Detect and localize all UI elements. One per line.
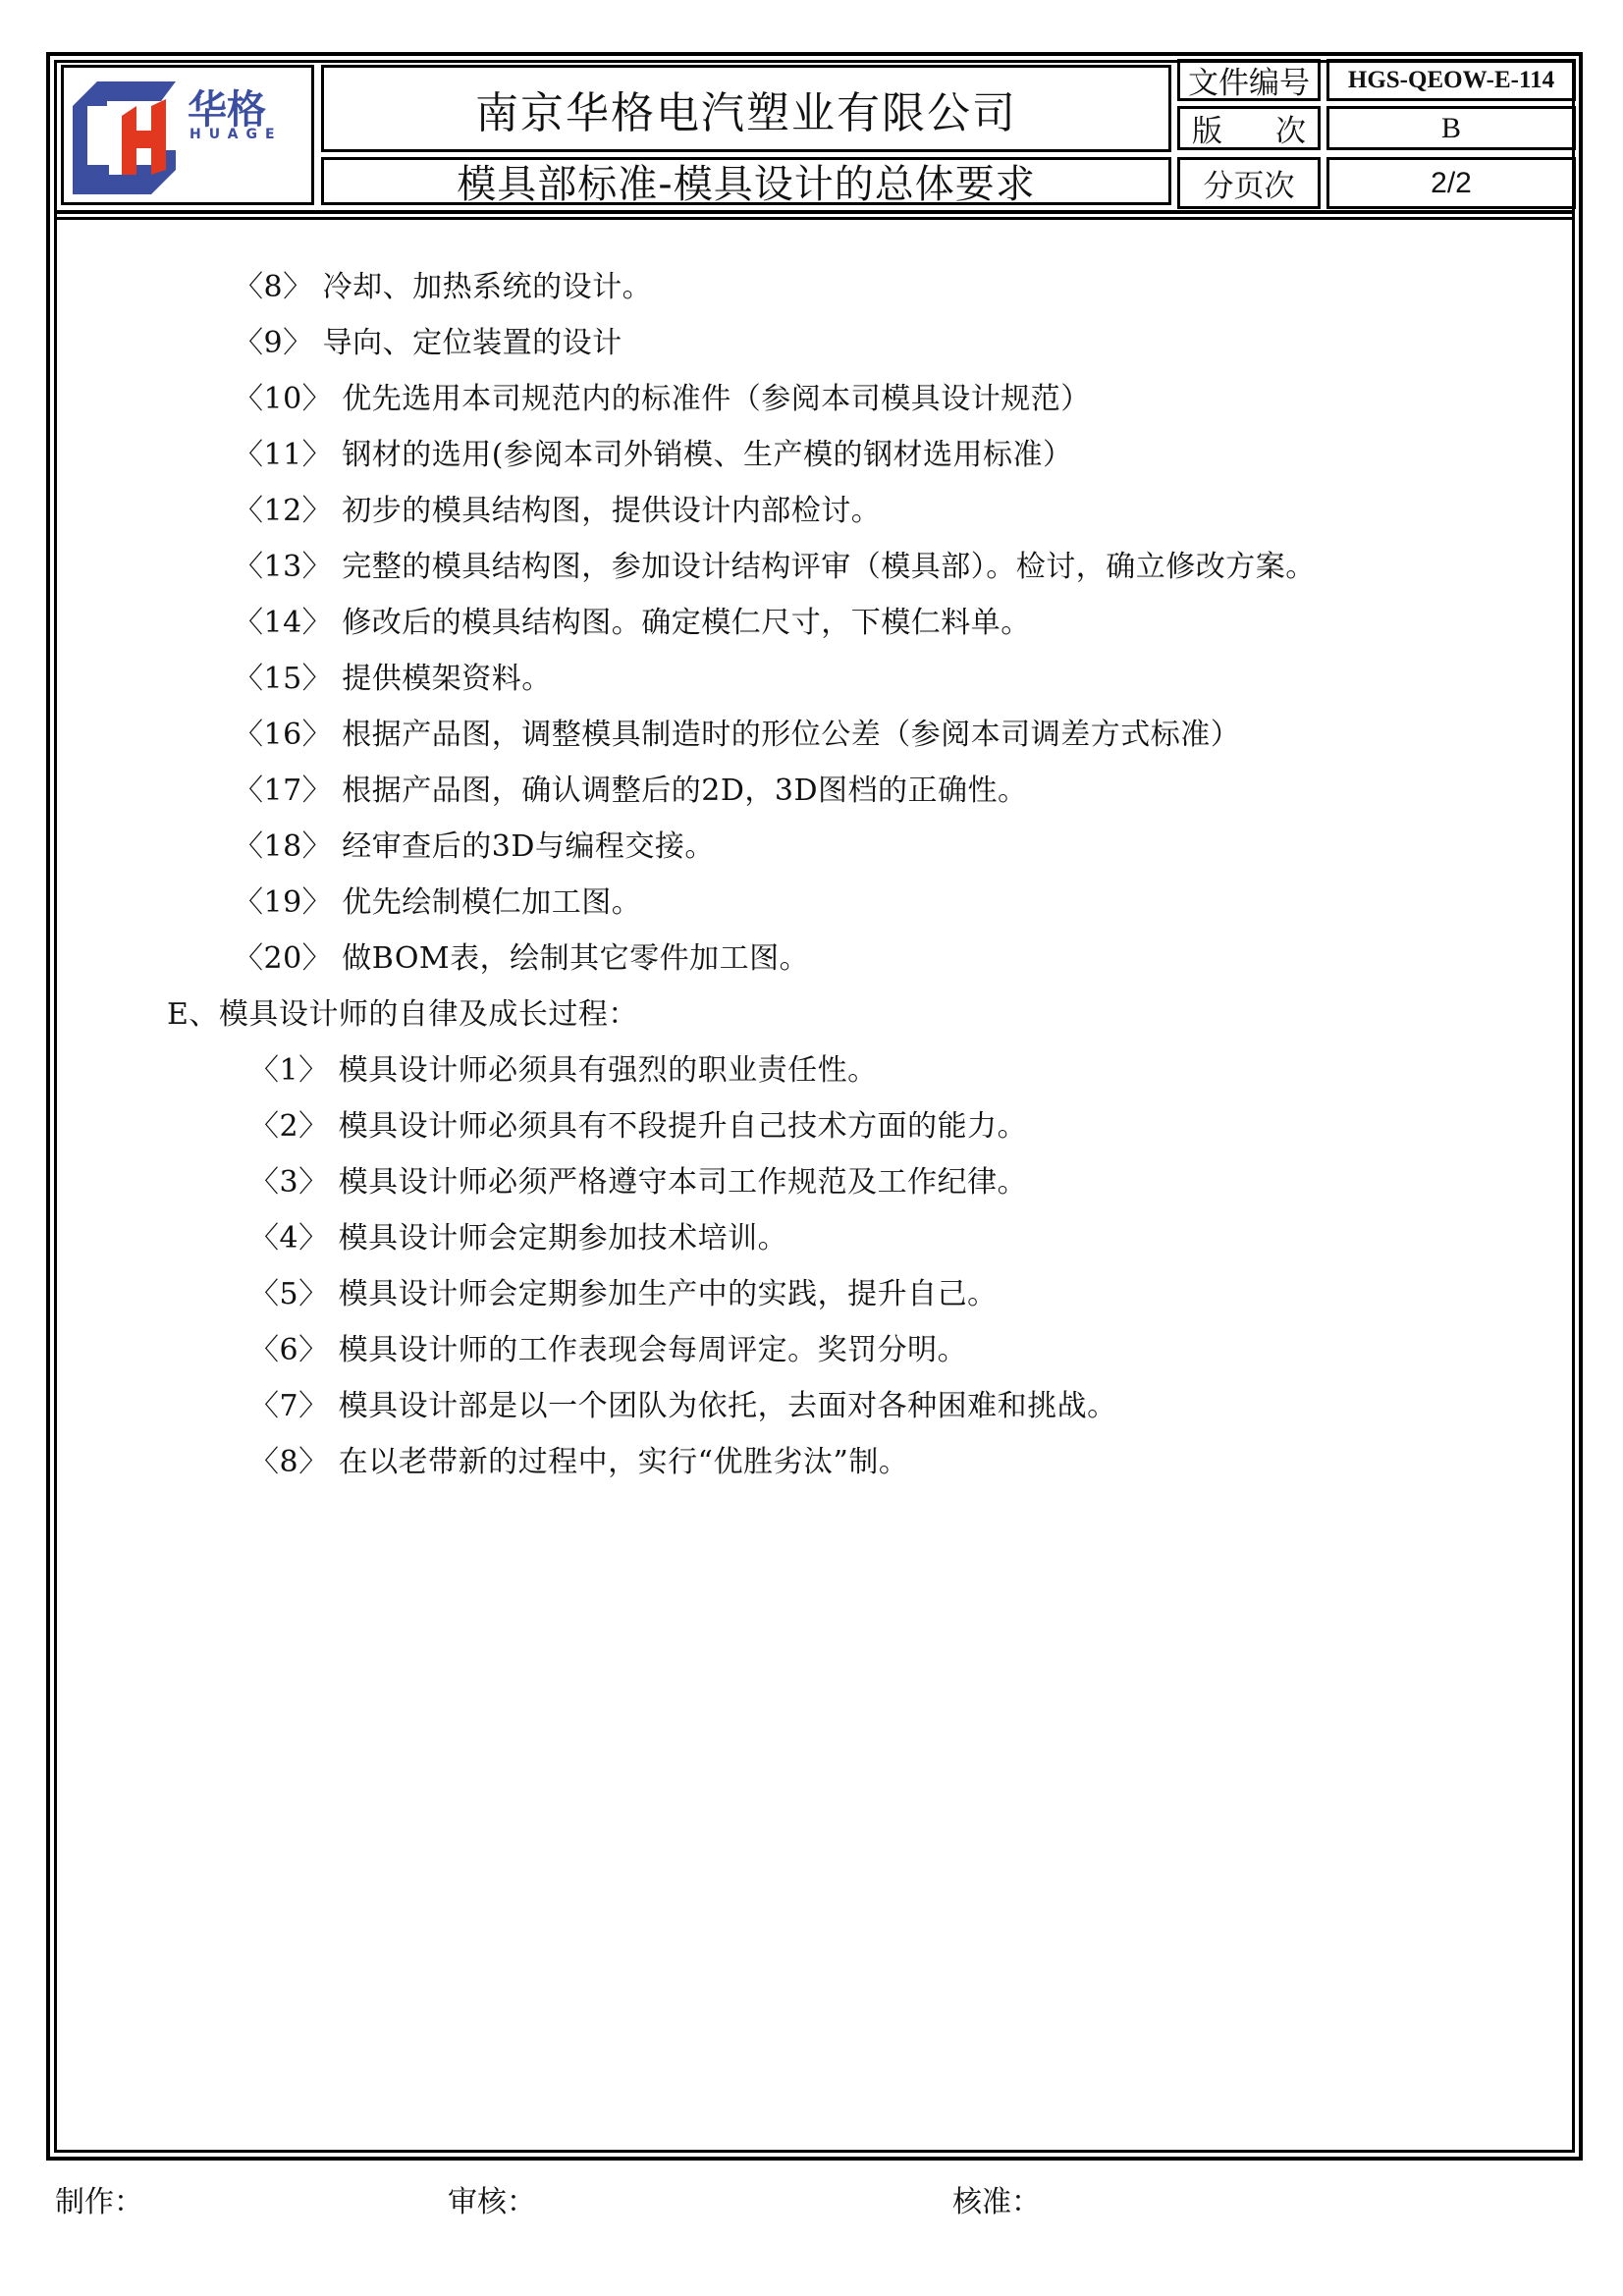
list-item: 〈12〉 初步的模具结构图，提供设计内部检讨。	[234, 492, 881, 531]
list-item: 〈17〉 根据产品图，确认调整后的2D，3D图档的正确性。	[234, 772, 1028, 811]
list-item: 〈19〉 优先绘制模仁加工图。	[234, 883, 641, 923]
list-item: 〈10〉 优先选用本司规范内的标准件（参阅本司模具设计规范）	[234, 380, 1091, 419]
made-by-label: 制作：	[55, 2177, 143, 2220]
doc-number-value-cell: HGS-QEOW-E-114	[1326, 59, 1576, 101]
document-inner-border	[54, 60, 1575, 2153]
list-item: 〈6〉 模具设计师的工作表现会每周评定。奖罚分明。	[249, 1331, 967, 1370]
section-e-heading: E、模具设计师的自律及成长过程：	[167, 995, 638, 1035]
approved-by-label: 核准：	[952, 2177, 1041, 2220]
svg-text:HUAGE: HUAGE	[189, 127, 283, 142]
version-value: B	[1441, 112, 1461, 145]
huage-logo-icon: 华格 HUAGE	[68, 72, 303, 199]
header-divider	[54, 210, 1575, 214]
list-item: 〈4〉 模具设计师会定期参加技术培训。	[249, 1219, 787, 1258]
doc-number-label: 文件编号	[1188, 58, 1310, 102]
list-item: 〈7〉 模具设计部是以一个团队为依托，去面对各种困难和挑战。	[249, 1387, 1117, 1426]
header-divider-inner	[54, 217, 1575, 220]
version-label-cell: 版 次	[1177, 106, 1321, 150]
list-item: 〈16〉 根据产品图，调整模具制造时的形位公差（参阅本司调差方式标准）	[234, 716, 1240, 755]
list-item: 〈5〉 模具设计师会定期参加生产中的实践，提升自己。	[249, 1275, 998, 1314]
document-title: 模具部标准-模具设计的总体要求	[457, 153, 1035, 209]
company-name: 南京华格电汽塑业有限公司	[475, 78, 1017, 140]
page-label-cell: 分页次	[1177, 157, 1321, 209]
list-item: 〈3〉 模具设计师必须严格遵守本司工作规范及工作纪律。	[249, 1163, 1027, 1202]
list-item: 〈8〉 冷却、加热系统的设计。	[234, 268, 652, 307]
page-value-cell: 2/2	[1326, 157, 1576, 209]
version-label-part2: 次	[1275, 106, 1306, 150]
version-value-cell: B	[1326, 106, 1576, 150]
list-item: 〈1〉 模具设计师必须具有强烈的职业责任性。	[249, 1051, 878, 1091]
list-item: 〈11〉 钢材的选用(参阅本司外销模、生产模的钢材选用标准）	[234, 436, 1072, 475]
reviewed-by-label: 审核：	[448, 2177, 536, 2220]
version-label-part1: 版	[1192, 106, 1222, 150]
list-item: 〈2〉 模具设计师必须具有不段提升自己技术方面的能力。	[249, 1107, 1027, 1147]
list-item: 〈9〉 导向、定位装置的设计	[234, 324, 622, 363]
list-item: 〈13〉 完整的模具结构图，参加设计结构评审（模具部）。检讨，确立修改方案。	[234, 548, 1316, 587]
page-value: 2/2	[1431, 167, 1472, 200]
list-item: 〈8〉 在以老带新的过程中，实行“优胜劣汰”制。	[249, 1443, 908, 1482]
list-item: 〈20〉 做BOM表，绘制其它零件加工图。	[234, 939, 809, 979]
company-name-cell: 南京华格电汽塑业有限公司	[321, 65, 1171, 152]
logo-cell: 华格 HUAGE	[61, 65, 314, 205]
list-item: 〈18〉 经审查后的3D与编程交接。	[234, 828, 715, 867]
doc-number-label-cell: 文件编号	[1177, 59, 1321, 101]
page-label: 分页次	[1204, 161, 1295, 205]
list-item: 〈15〉 提供模架资料。	[234, 660, 552, 699]
list-item: 〈14〉 修改后的模具结构图。确定模仁尺寸，下模仁料单。	[234, 604, 1031, 643]
doc-number-value: HGS-QEOW-E-114	[1348, 67, 1554, 94]
document-title-cell: 模具部标准-模具设计的总体要求	[321, 157, 1171, 205]
